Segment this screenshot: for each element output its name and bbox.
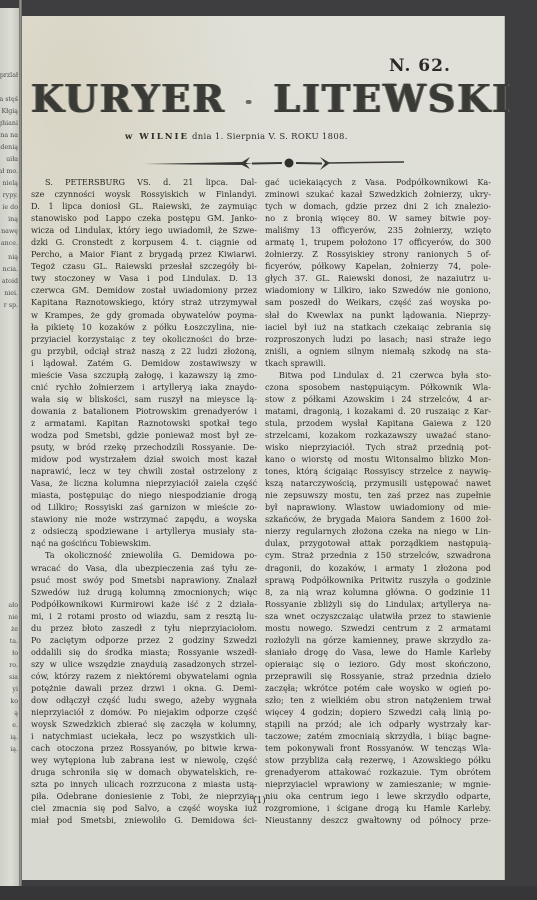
article-column-right: gać uciekaiących z Vasa. Podpółkownikowi… xyxy=(265,176,491,827)
adjacent-page-text-fragment: ndenią xyxy=(0,142,18,154)
text-line: opieraiąc się o iezioro. Gdy most skończ… xyxy=(265,658,491,670)
text-line: kszą natarczywością, przymusili ustępowa… xyxy=(265,477,491,489)
adjacent-page-text-fragment: przlał xyxy=(0,70,18,82)
text-line: wała się w bliskości, sam ruszył na miey… xyxy=(31,393,257,405)
text-line: Bitwa pod Lindulax d. 21 czerwca była st… xyxy=(265,369,491,381)
adjacent-page-text-fragment: ła stęś xyxy=(0,94,18,106)
adjacent-page-text-fragment: e. xyxy=(12,720,18,732)
text-line: czona sposobem następuiącym. Półkownik W… xyxy=(265,381,491,393)
text-line: Tegoż czasu GL. Raiewski przesłał szczeg… xyxy=(31,260,257,272)
text-line: grenadyerom attakować rozkazuie. Tym obr… xyxy=(265,766,491,778)
text-line: gać uciekaiących z Vasa. Podpółkownikowi… xyxy=(265,176,491,188)
text-line: stula, przodem wysłał Kapitana Gaiewa z … xyxy=(265,417,491,429)
text-line: ficyerów, półkowy Kapelan, żołnierzy 74,… xyxy=(265,260,491,272)
text-line: midow pod wystrzałem dział swoich most k… xyxy=(31,453,257,465)
text-line: nieprzyiaciel wprawiony w zamieszanie; w… xyxy=(265,778,491,790)
adjacent-page-text-fragment: ią. xyxy=(10,744,18,756)
text-line: przeprawili się Rossyanie, straż przedni… xyxy=(265,670,491,682)
text-line: Po zaciętym odporze przez 2 godziny Szwe… xyxy=(31,634,257,646)
text-line: ców, którzy razem z niektóremi obywatela… xyxy=(31,670,257,682)
text-line: zaczęła; wkrótce potém całe woysko w ogi… xyxy=(265,682,491,694)
adjacent-page-text-fragment: ro. xyxy=(9,660,18,672)
text-line: więcey 4 godzin; dopiero Szwedzi całą li… xyxy=(265,706,491,718)
adjacent-page-text-fragment: sia xyxy=(9,672,18,684)
adjacent-page-text-fragment: ko xyxy=(10,696,18,708)
text-line: Podpółkownikowi Kurmirowi każe iść z 2 d… xyxy=(31,598,257,610)
text-line: nąć na gościńcu Tobiewskim. xyxy=(31,537,257,549)
dateline: w WILNIE dnia 1. Sierpnia V. S. ROKU 180… xyxy=(125,132,348,142)
text-line: dragonii, do kozaków, i armaty 1 złożona… xyxy=(265,562,491,574)
text-line: stąpili na przód; ale ich odparły wystrz… xyxy=(265,718,491,730)
adjacent-page-text-fragment: nielą xyxy=(2,178,18,190)
text-line: Kapitana Raznotowskiego, który straż utr… xyxy=(31,296,257,308)
text-line: tem pokonywali front Rossyanów. W tenczą… xyxy=(265,742,491,754)
text-line: tkach sprawili. xyxy=(265,357,491,369)
page-number: (1) xyxy=(253,796,266,806)
text-line: matami, dragonią, i kozakami d. 20 rusza… xyxy=(265,405,491,417)
text-line: D. 1 lipca doniosł GL. Raiewski, że zaym… xyxy=(31,200,257,212)
text-line: gu przybił, odciął straż naszą z 22 ludz… xyxy=(31,345,257,357)
text-line: stawiony nie może wstrzymać zapędu, a wo… xyxy=(31,513,257,525)
text-line: dowania z batalionem Piotrowskim grenady… xyxy=(31,405,257,417)
text-line: armatę 1, trupem położono 17 officyerów,… xyxy=(265,236,491,248)
text-line: był naprawiony. Wlastow uwiadomiony od m… xyxy=(265,501,491,513)
text-line: ła pikietę 10 kozaków z półku Łoszczylin… xyxy=(31,321,257,333)
text-line: żołnierzy. Z Rossyiskiey strony ranionyc… xyxy=(265,248,491,260)
text-line: cym. Straż przednia z 150 strzelców, szw… xyxy=(265,549,491,561)
text-line: głych 37. GL. Raiewski donosi, że nazaiu… xyxy=(265,272,491,284)
text-line: wicza od Lindulax, który iego uwiadomił,… xyxy=(31,224,257,236)
text-line: stow z półkami Azowskim i 24 strzelców, … xyxy=(265,393,491,405)
text-line: Ta okoliczność zniewoliła G. Demidowa po… xyxy=(31,549,257,561)
text-line: szta po innych ulicach rozrzucona z mias… xyxy=(31,778,257,790)
text-line: dow odłączył część ludu swego, ażeby wyg… xyxy=(31,694,257,706)
text-line: psuty, w bród rzekę przechodzili Rossyan… xyxy=(31,441,257,453)
adjacent-page-text-fragment: iną xyxy=(8,214,18,226)
text-line: z odsieczą spodziewane i artylleryа musi… xyxy=(31,525,257,537)
text-line: potężnie dawali przez drzwi i okna. G. D… xyxy=(31,682,257,694)
text-line: naprawić, lecz w tey chwili został ostrz… xyxy=(31,465,257,477)
issue-number: N. 62. xyxy=(389,56,451,76)
adjacent-page-edge: przlałła stęśKłgiąghianiona nandeniąuiła… xyxy=(0,8,19,886)
text-line: Szwedów iuż drugą kolumną zmocnionych; w… xyxy=(31,586,257,598)
text-line: twy stoczoney w Vasa i pod Lindulax. D. … xyxy=(31,272,257,284)
text-line: szkańców, że brygada Maiora Sandem z 160… xyxy=(265,513,491,525)
text-line: słał do Kwewlax na punkt lądowania. Niep… xyxy=(265,309,491,321)
text-line: nie zepsuwszy mostu, ten zaś przez nas z… xyxy=(265,489,491,501)
text-line: sze czynności woysk Rossyiskich w Finlan… xyxy=(31,188,257,200)
text-line: cach otoczona przez Rossyanów, po bitwie… xyxy=(31,742,257,754)
text-line: iaciel był iuż na statkach czekaiąc zebr… xyxy=(265,321,491,333)
text-line: szy w ulice wszędzie znayduią zasadzonyc… xyxy=(31,658,257,670)
text-line: dulax, przygotował attak porządkiem nast… xyxy=(265,537,491,549)
text-line: Percho, a Maior Fiant z brygadą przez Ki… xyxy=(31,248,257,260)
text-line: wey wytępiona lub zabrana iest w niewolę… xyxy=(31,754,257,766)
text-line: druga schroniła się w domach obywatelski… xyxy=(31,766,257,778)
text-line: przyiaciel korzystaiąc z tey okolicznośc… xyxy=(31,333,257,345)
text-line: kano o wiorstę od mostu Witonsalmo blizk… xyxy=(265,453,491,465)
adjacent-page-text-fragment: rypy. xyxy=(3,190,18,202)
text-line: mostu nowego. Szwedzi centrum z 2 armata… xyxy=(265,622,491,634)
adjacent-page-text-fragment: ią. xyxy=(10,732,18,744)
text-line: w Krampes, że gdy gromada obywatelów poy… xyxy=(31,309,257,321)
text-line: czerwca GM. Demidow został uwiadomiony p… xyxy=(31,284,257,296)
text-line: Nieustanny deszcz gwałtowny od północy p… xyxy=(265,814,491,826)
text-line: du przez błoto zaszedł z tyłu nieprzyiac… xyxy=(31,622,257,634)
text-line: wodza pod Smetsbi, gdzie ponieważ most b… xyxy=(31,429,257,441)
decorative-rule-icon xyxy=(142,153,407,173)
adjacent-page-text-fragment: ncia. xyxy=(3,264,18,276)
text-line: Vasa, że liczna kolumna nieprzyiaciół za… xyxy=(31,477,257,489)
adjacent-page-text-fragment: yi xyxy=(12,684,18,696)
text-line: cnić rychło żołnierzem i artylleryą iaka… xyxy=(31,381,257,393)
article-column-left: S. PETERSBURG VS. d. 21 lipca. Dal-sze c… xyxy=(31,176,257,827)
adjacent-page-text-fragment: że xyxy=(11,624,18,636)
adjacent-page-text-fragment: ło xyxy=(12,648,18,660)
text-line: szło; ten z wielkiém obu stron natężenie… xyxy=(265,694,491,706)
text-line: tones, którą ścigaiąc Rossyiscy strzelce… xyxy=(265,465,491,477)
adjacent-page-text-fragment: ie do xyxy=(2,202,18,214)
text-line: nierzy regularnych złożona czeka na nieg… xyxy=(265,525,491,537)
text-line: mieście Vasa szczupłą załogę, i kazawszy… xyxy=(31,369,257,381)
newspaper-page: N. 62. KURYER • LITEWSKI w WILNIE dnia 1… xyxy=(22,16,505,880)
text-line: S. PETERSBURG VS. d. 21 lipca. Dal- xyxy=(31,176,257,188)
text-line: od Lilkiro; Rossyiski zaś garnizon w mie… xyxy=(31,501,257,513)
text-line: ciel zmacnia się pod Salvo, a część woys… xyxy=(31,802,257,814)
adjacent-page-text-fragment: Kłgią xyxy=(1,106,18,118)
text-line: zminowi szukać kazał Szwedzkich żołnierz… xyxy=(265,188,491,200)
text-line: piła. Odebrane doniesienie z Tobi, że ni… xyxy=(31,790,257,802)
adjacent-page-text-fragment: ance. xyxy=(1,238,18,250)
text-line: strzelcami, kozakom rozkazawszy uważać s… xyxy=(265,429,491,441)
adjacent-page-text-fragment: ta. xyxy=(10,636,18,648)
text-line: psuć most swóy pod Smetsbi naprawiony. Z… xyxy=(31,574,257,586)
text-line: i lądował. Zatém G. Demidow zostawiwszy … xyxy=(31,357,257,369)
text-line: rozproszonych ludzi po lasach; nasi stra… xyxy=(265,333,491,345)
masthead-word-litewski: LITEWSKI xyxy=(273,76,512,121)
dateline-date: dnia 1. Sierpnia V. S. ROKU 1808. xyxy=(192,132,348,142)
dateline-place: w WILNIE xyxy=(125,132,189,142)
masthead-word-kuryer: KURYER xyxy=(31,76,226,121)
text-line: woysk Szwedzkich zbierać się zaczęła w k… xyxy=(31,718,257,730)
text-line: sprawą Podpółkownika Pritwitz ruszyła o … xyxy=(265,574,491,586)
text-line: wisko nieprzyiaciół. Tych straż przednią… xyxy=(265,441,491,453)
text-line: wiadomiony w Lilkiro, iako Szwedów nie g… xyxy=(265,284,491,296)
text-line: rozłożyli na górze kamienney, prawe skrz… xyxy=(265,634,491,646)
text-line: maliśmy 13 officyerów, 235 żołnierzy, wz… xyxy=(265,224,491,236)
adjacent-page-text-fragment: ona na xyxy=(0,130,18,142)
text-line: zniśli, a ogniem silnym niemałą szkodę n… xyxy=(265,345,491,357)
adjacent-page-text-fragment: nią xyxy=(8,252,18,264)
text-line: nieprzyiaciół z domów. Po niejakim odpor… xyxy=(31,706,257,718)
text-line: i natychmiast uciekała, lecz po wszystki… xyxy=(31,730,257,742)
text-line: sza wnet oczyszczaiąc ułatwiła przez to … xyxy=(265,610,491,622)
text-line: słaniało drogę do Vasa, lewe do Hamle Ka… xyxy=(265,646,491,658)
text-line: Rossyanie zbliżyli się do Lindulax; arty… xyxy=(265,598,491,610)
adjacent-page-text-fragment: nawę xyxy=(1,226,18,238)
adjacent-page-text-fragment: ghiani xyxy=(0,118,18,130)
text-line: tych w domach, gdzie przez dni 2 ich zna… xyxy=(265,200,491,212)
text-line: taczowe; zatém zmocniaią skrzydła, i bii… xyxy=(265,730,491,742)
adjacent-page-text-fragment: ą xyxy=(14,708,18,720)
text-line: no z bronią więcey 80. W samey bitwie po… xyxy=(265,212,491,224)
text-line: dzki G. Cronstedt z korpusem 4. t. ciągn… xyxy=(31,236,257,248)
masthead-title: KURYER • LITEWSKI xyxy=(31,76,461,121)
adjacent-page-text-fragment: atoid xyxy=(2,276,18,288)
text-line: mi, i 2 rotami prosto od wiazdu, sam z r… xyxy=(31,610,257,622)
adjacent-page-text-fragment: niei. xyxy=(4,288,18,300)
text-line: oddalili się do środka miasta; Rossyanie… xyxy=(31,646,257,658)
adjacent-page-text-fragment: ał mo. xyxy=(0,166,18,178)
scanner-background xyxy=(0,886,537,900)
text-line: wracać do Vasa, dla ubezpieczenia zaś ty… xyxy=(31,562,257,574)
text-line: 8, za nią wraz kolumna główna. O godzini… xyxy=(265,586,491,598)
masthead-ornament-icon: • xyxy=(245,96,254,109)
text-line: stow przybliża całą rezerwę, i Azowskieg… xyxy=(265,754,491,766)
adjacent-page-text-fragment: uiła xyxy=(6,154,18,166)
text-line: rozgromione, i ścigane drogą ku Hamle Ka… xyxy=(265,802,491,814)
text-line: miał pod Smetsbi, zniewoliło G. Demidowa… xyxy=(31,814,257,826)
text-line: niu oka centrum iego i lewe skrzydło odp… xyxy=(265,790,491,802)
text-line: z armatami. Kapitan Raznotowski spotkał … xyxy=(31,417,257,429)
text-line: miasta, postępuiąc do niego niespodziani… xyxy=(31,489,257,501)
text-line: stanowisko pod Lappo czeka postępu GM. J… xyxy=(31,212,257,224)
adjacent-page-text-fragment: r sp. xyxy=(4,300,18,312)
adjacent-page-text-fragment: nie xyxy=(8,612,18,624)
text-line: sam poszedł do Weikars, część zaś woyska… xyxy=(265,296,491,308)
adjacent-page-text-fragment: ało xyxy=(8,600,18,612)
